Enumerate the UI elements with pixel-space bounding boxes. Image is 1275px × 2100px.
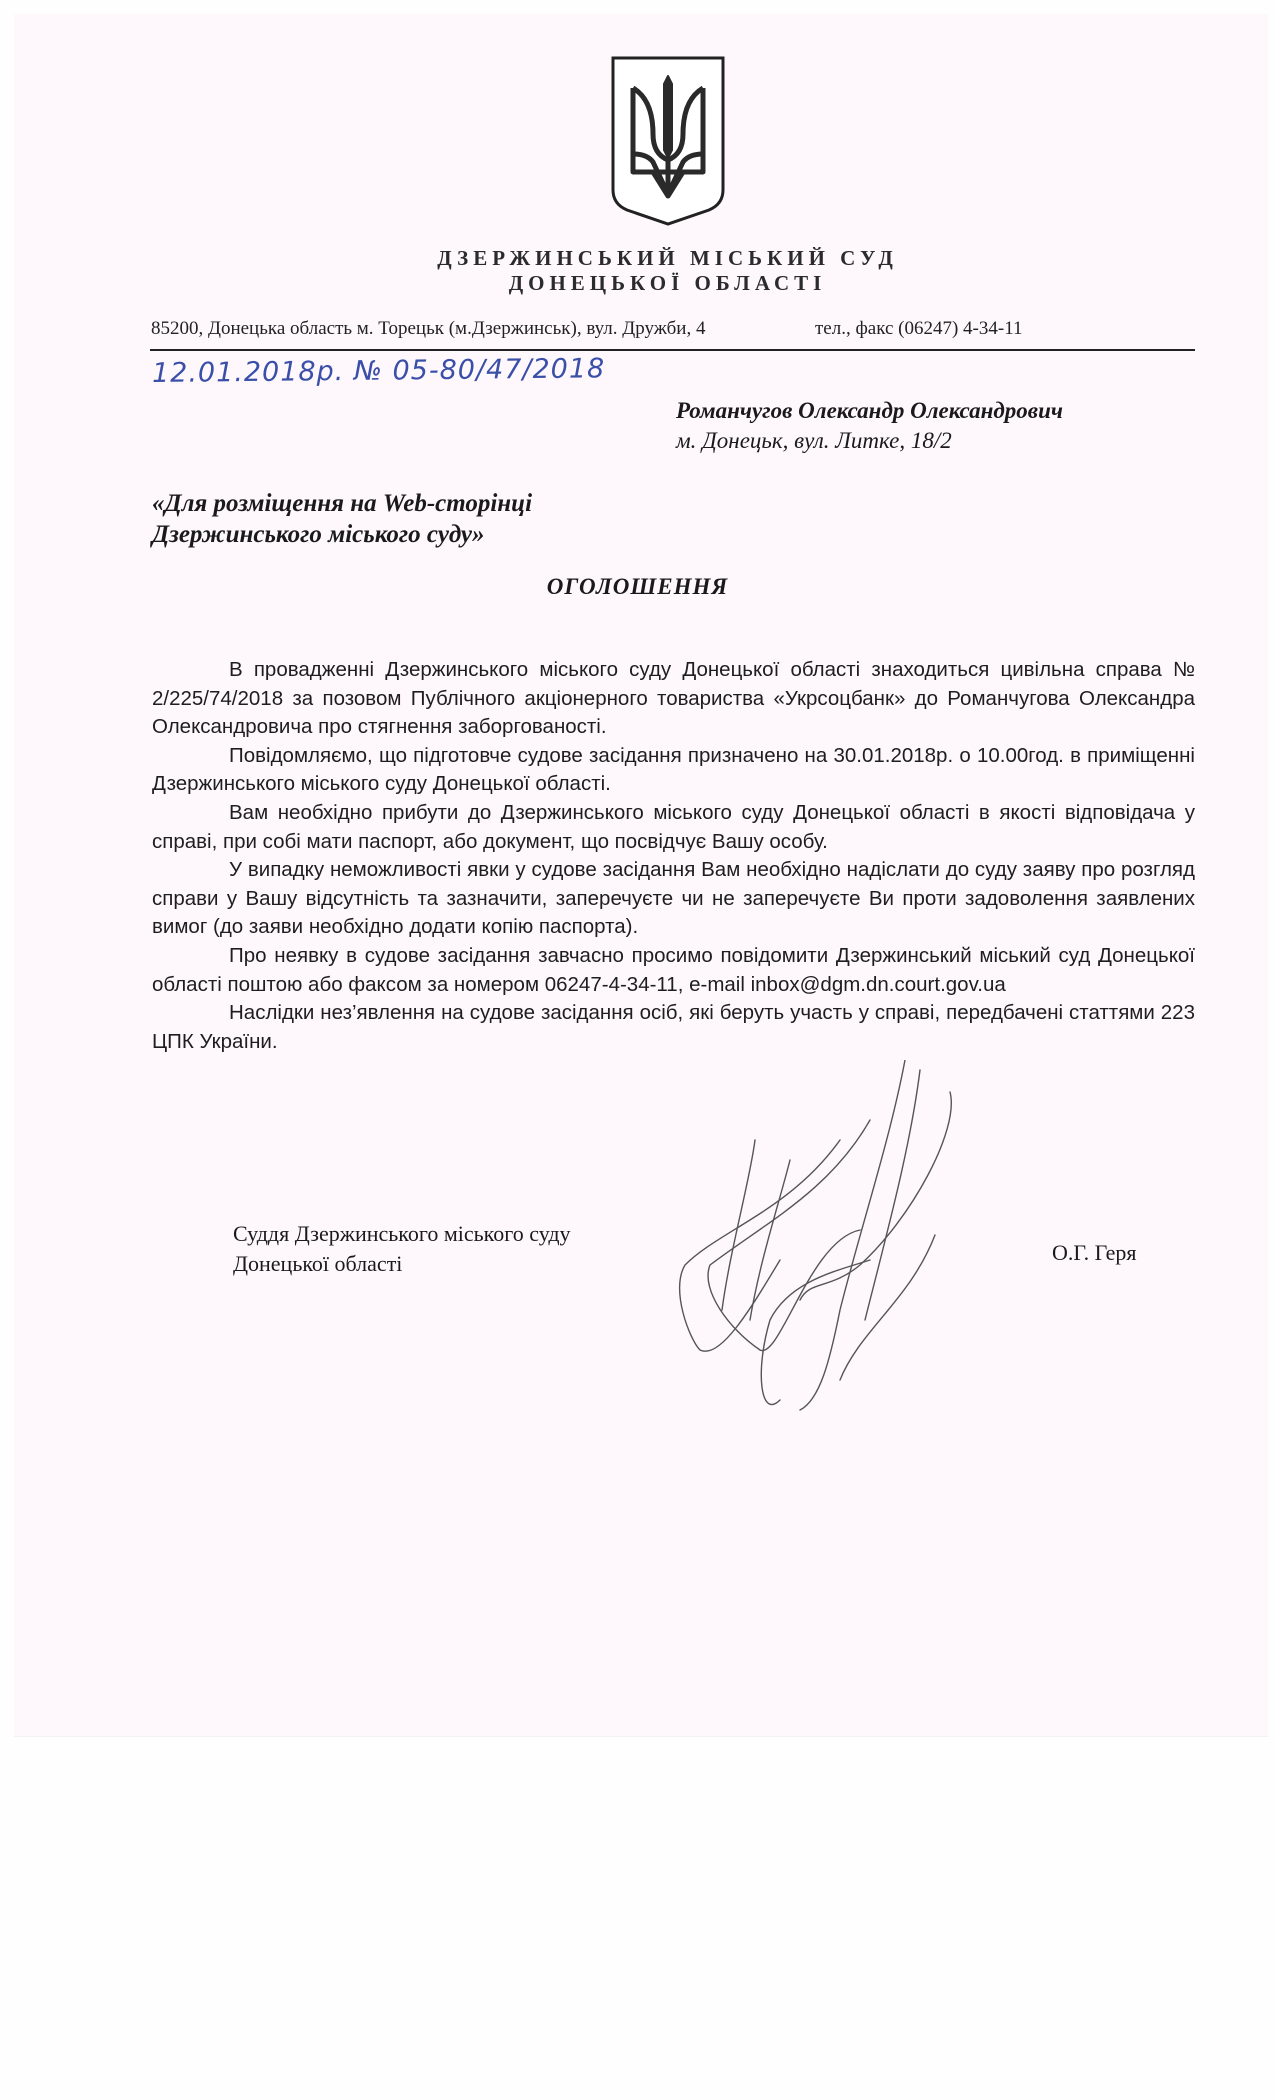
judge-title-line1: Суддя Дзержинського міського суду — [233, 1219, 571, 1249]
recipient-name: Романчугов Олександр Олександрович — [676, 396, 1063, 426]
handwritten-registration-number: 12.01.2018р. № 05-80/47/2018 — [152, 353, 606, 389]
judge-title: Суддя Дзержинського міського суду Донець… — [233, 1219, 571, 1279]
trident-emblem-icon — [609, 54, 727, 226]
court-phone-fax: тел., факс (06247) 4-34-11 — [815, 318, 1023, 340]
judge-title-line2: Донецької області — [233, 1249, 571, 1279]
paragraph-contact: Про неявку в судове засідання завчасно п… — [152, 942, 1195, 999]
document-heading: ОГОЛОШЕННЯ — [0, 574, 1275, 600]
paragraph-absence-request: У випадку неможливості явки у судове зас… — [152, 856, 1195, 942]
handwritten-signature-icon — [660, 1060, 980, 1440]
recipient-address: м. Донецьк, вул. Литке, 18/2 — [676, 426, 1063, 456]
recipient-block: Романчугов Олександр Олександрович м. До… — [676, 396, 1063, 456]
judge-name: О.Г. Геря — [1052, 1240, 1137, 1266]
court-name-line2: ДОНЕЦЬКОЇ ОБЛАСТІ — [0, 271, 1275, 296]
web-note-line1: «Для розміщення на Web-сторінці — [152, 488, 532, 519]
announcement-body: В провадженні Дзержинського міського суд… — [152, 656, 1195, 1056]
paragraph-case-info: В провадженні Дзержинського міського суд… — [152, 656, 1195, 742]
web-publication-note: «Для розміщення на Web-сторінці Дзержинс… — [152, 488, 532, 550]
paragraph-consequences: Наслідки нез’явлення на судове засідання… — [152, 999, 1195, 1056]
court-name-line1: ДЗЕРЖИНСЬКИЙ МІСЬКИЙ СУД — [0, 246, 1275, 271]
court-address: 85200, Донецька область м. Торецьк (м.Дз… — [151, 318, 705, 340]
paragraph-attendance: Вам необхідно прибути до Дзержинського м… — [152, 799, 1195, 856]
letterhead-separator — [150, 349, 1195, 351]
paragraph-hearing-date: Повідомляємо, що підготовче судове засід… — [152, 742, 1195, 799]
web-note-line2: Дзержинського міського суду» — [152, 519, 532, 550]
